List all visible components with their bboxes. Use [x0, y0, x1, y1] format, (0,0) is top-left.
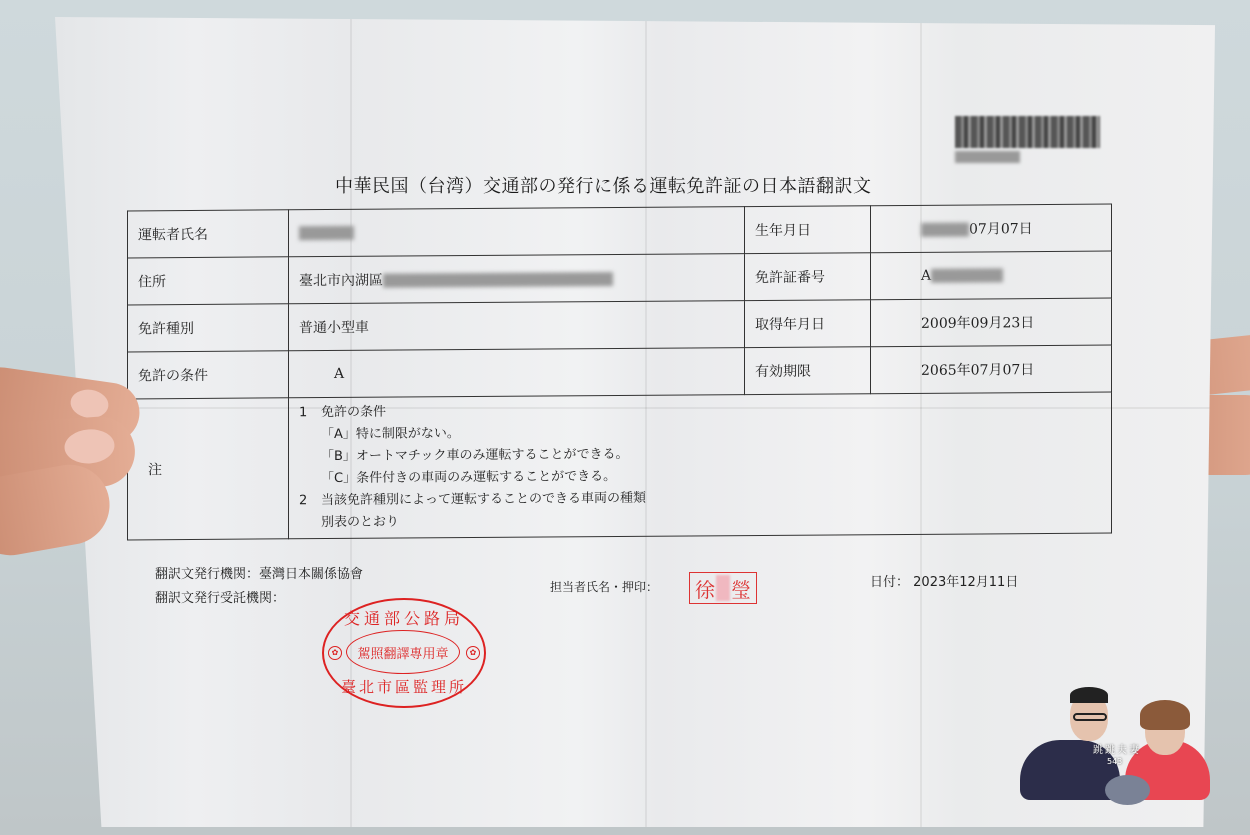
- address-value: 臺北市內湖區: [289, 254, 745, 304]
- seal-emblem-icon: ✿: [466, 646, 480, 660]
- license-type-value: 普通小型車: [289, 301, 745, 351]
- redacted-barcode-caption: [955, 151, 1020, 163]
- watermark-text: 跳跳夫妻: [1093, 741, 1141, 756]
- address-text: 臺北市內湖區: [299, 273, 383, 290]
- expiry-date-label: 有効期限: [745, 347, 871, 395]
- redacted-address: [383, 272, 613, 288]
- issuer-info: 翻訳文発行機関：臺灣日本關係協會 翻訳文発行受託機関：: [155, 563, 363, 611]
- note-number: 1: [299, 402, 321, 424]
- driver-name-value: [289, 207, 745, 257]
- seal-center-text: 駕照翻譯專用章: [346, 630, 460, 674]
- redacted-stamp-char: [716, 575, 730, 601]
- birthdate-label: 生年月日: [745, 206, 871, 254]
- document-title: 中華民国（台湾）交通部の発行に係る運転免許証の日本語翻訳文: [335, 172, 935, 198]
- birthdate-value: 07月07日: [871, 204, 1112, 253]
- notes-label: 注: [128, 398, 289, 540]
- issue-date-value: 2009年09月23日: [871, 298, 1112, 347]
- license-number-label: 免許証番号: [745, 253, 871, 301]
- redacted-license-number: [931, 268, 1003, 283]
- date-value: 2023年12月11日: [913, 575, 1018, 590]
- note-text: 「B」オートマチック車のみ運転することができる。: [321, 447, 629, 464]
- official-seal: 交通部公路局 ✿ 駕照翻譯專用章 ✿ 臺北市區監理所: [322, 598, 486, 708]
- signer-label: 担当者氏名・押印：: [550, 578, 658, 595]
- driver-name-label: 運転者氏名: [128, 210, 289, 258]
- fingernail: [69, 387, 111, 420]
- issue-date: 日付： 2023年12月11日: [870, 571, 1018, 590]
- note-text: 「C」条件付きの車両のみ運転することができる。: [321, 469, 616, 486]
- fingernail: [63, 428, 115, 465]
- table-row: 免許の条件 A 有効期限 2065年07月07日: [128, 345, 1112, 399]
- redacted-barcode: [955, 116, 1100, 148]
- license-number-value: A: [871, 251, 1112, 300]
- note-text: 当該免許種別によって運転することのできる車両の種類: [321, 491, 646, 508]
- redacted-name: [299, 226, 354, 240]
- dog-icon: [1105, 775, 1150, 805]
- note-text: 「A」特に制限がない。: [321, 426, 460, 442]
- expiry-date-value: 2065年07月07日: [871, 345, 1112, 394]
- date-label: 日付：: [870, 575, 909, 590]
- man-hair: [1070, 687, 1108, 703]
- table-row: 運転者氏名 生年月日 07月07日: [128, 204, 1112, 258]
- delegate-line: 翻訳文発行受託機関：: [155, 587, 363, 611]
- license-conditions-value: A: [289, 348, 745, 398]
- table-row: 住所 臺北市內湖區 免許証番号 A: [128, 251, 1112, 305]
- redacted-birth-year: [921, 223, 969, 237]
- table-row-notes: 注 1免許の条件 「A」特に制限がない。 「B」オートマチック車のみ運転すること…: [128, 392, 1112, 540]
- glasses-icon: [1073, 713, 1107, 721]
- note-number: 2: [299, 490, 321, 512]
- seal-top-text: 交通部公路局: [342, 606, 466, 629]
- license-number-text: A: [921, 268, 931, 284]
- license-conditions-label: 免許の条件: [128, 351, 289, 399]
- issue-date-label: 取得年月日: [745, 300, 871, 348]
- birthdate-text: 07月07日: [969, 221, 1033, 237]
- note-text: 免許の条件: [321, 405, 386, 420]
- issuer-line: 翻訳文発行機関：臺灣日本關係協會: [155, 563, 363, 587]
- seal-bottom-text: 臺北市區監理所: [340, 676, 468, 697]
- address-label: 住所: [128, 257, 289, 305]
- seal-emblem-icon: ✿: [328, 646, 342, 660]
- table-row: 免許種別 普通小型車 取得年月日 2009年09月23日: [128, 298, 1112, 352]
- stamp-char: 瑩: [731, 574, 751, 603]
- watermark-illustration: 跳跳夫妻 543: [1015, 685, 1205, 805]
- license-type-label: 免許種別: [128, 304, 289, 352]
- license-info-table: 運転者氏名 生年月日 07月07日 住所 臺北市內湖區 免許証番号 A 免許種別…: [127, 204, 1112, 541]
- woman-hair: [1140, 700, 1190, 730]
- notes-content: 1免許の条件 「A」特に制限がない。 「B」オートマチック車のみ運転することがで…: [289, 392, 1112, 539]
- signer-stamp: 徐 瑩: [689, 572, 757, 604]
- note-text: 別表のとおり: [321, 515, 399, 531]
- watermark-number: 543: [1107, 757, 1122, 766]
- stamp-char: 徐: [695, 574, 715, 603]
